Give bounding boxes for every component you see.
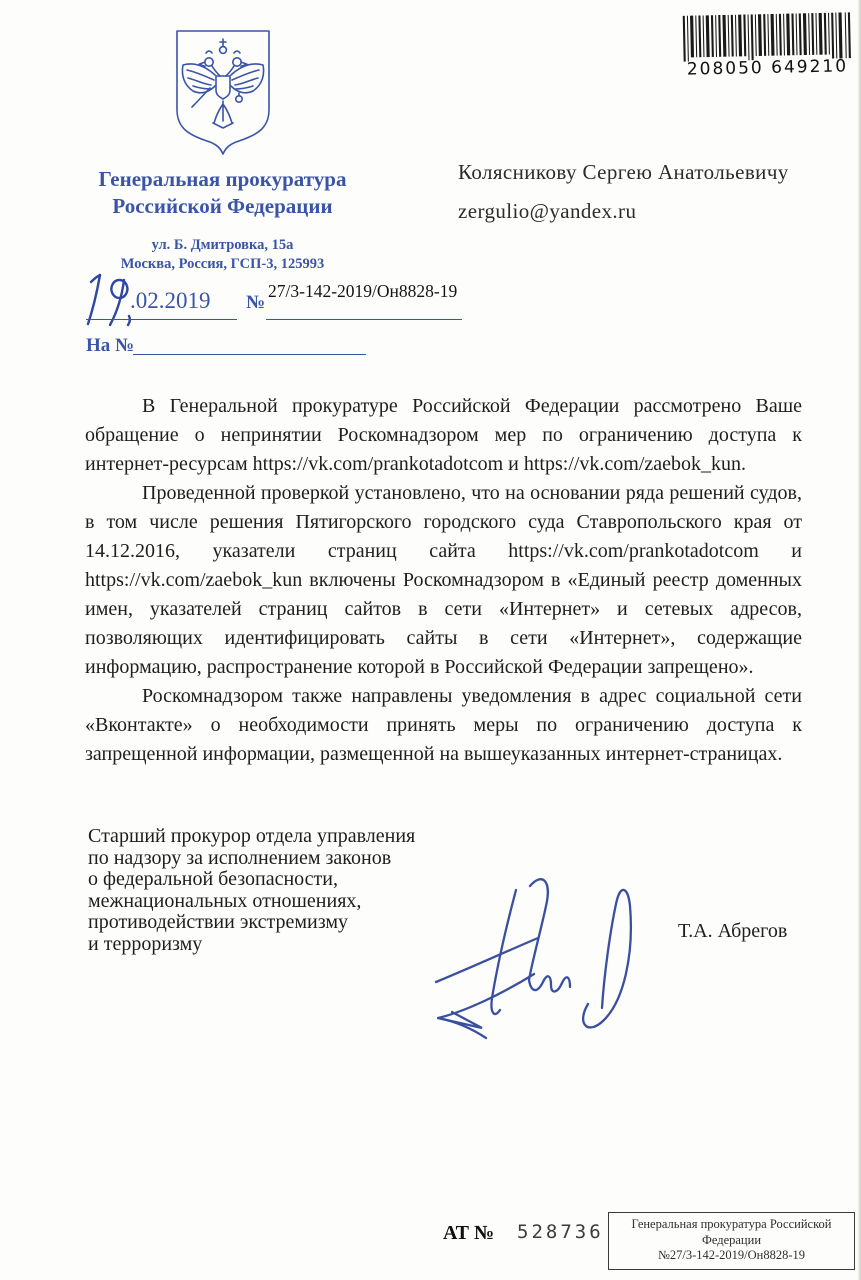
signer-title-line6: и терроризму [88,934,415,956]
handwritten-signature [430,862,675,1047]
signer-title-line5: противодействии экстремизму [88,912,415,934]
org-address-line1: ул. Б. Дмитровка, 15а [50,236,395,255]
russia-coat-of-arms-icon [168,26,278,156]
org-name-line2: Российской Федерации [50,193,395,220]
barcode-digits: 208050 649210 [683,56,851,80]
org-name-line1: Генеральная прокуратура [50,166,395,193]
org-address: ул. Б. Дмитровка, 15а Москва, Россия, ГС… [50,236,395,274]
recipient-name: Колясникову Сергею Анатольевичу [458,160,789,185]
barcode-bars-icon [682,12,851,62]
date-printed: .02.2019 [130,288,211,314]
stamp-line1: Генеральная прокуратура Российской [613,1217,850,1233]
signer-title-block: Старший прокурор отдела управления по на… [88,826,415,955]
body-paragraph-3: Роскомнадзором также направлены уведомле… [85,682,802,769]
date-underline [86,319,237,320]
form-number: 528736 [517,1221,604,1243]
org-name: Генеральная прокуратура Российской Федер… [50,166,395,220]
scanned-letter-page: 208050 649210 [0,0,861,1280]
stamp-line3: №27/3-142-2019/Он8828-19 [613,1248,850,1264]
stamp-line2: Федерации [613,1233,850,1249]
outgoing-number-underline [266,319,462,320]
signer-title-line1: Старший прокурор отдела управления [88,826,415,848]
form-series-label: АТ № [443,1222,494,1245]
signer-title-line3: о федеральной безопасности, [88,869,415,891]
signer-title-line4: межнациональных отношениях, [88,891,415,913]
registration-barcode: 208050 649210 [682,12,851,80]
outgoing-number: 27/3-142-2019/Он8828-19 [268,281,457,302]
letter-body: В Генеральной прокуратуре Российской Фед… [85,392,802,769]
recipient-email: zergulio@yandex.ru [458,199,789,224]
recipient-block: Колясникову Сергею Анатольевичу zergulio… [458,160,789,238]
signer-name: Т.А. Абрегов [678,920,787,943]
body-paragraph-1: В Генеральной прокуратуре Российской Фед… [85,392,802,479]
in-reply-label: На № [86,335,134,357]
in-reply-underline [133,354,366,355]
registration-stamp: Генеральная прокуратура Российской Федер… [608,1212,855,1270]
body-paragraph-2: Проведенной проверкой установлено, что н… [85,479,802,682]
number-sign: № [246,292,265,314]
signer-title-line2: по надзору за исполнением законов [88,848,415,870]
